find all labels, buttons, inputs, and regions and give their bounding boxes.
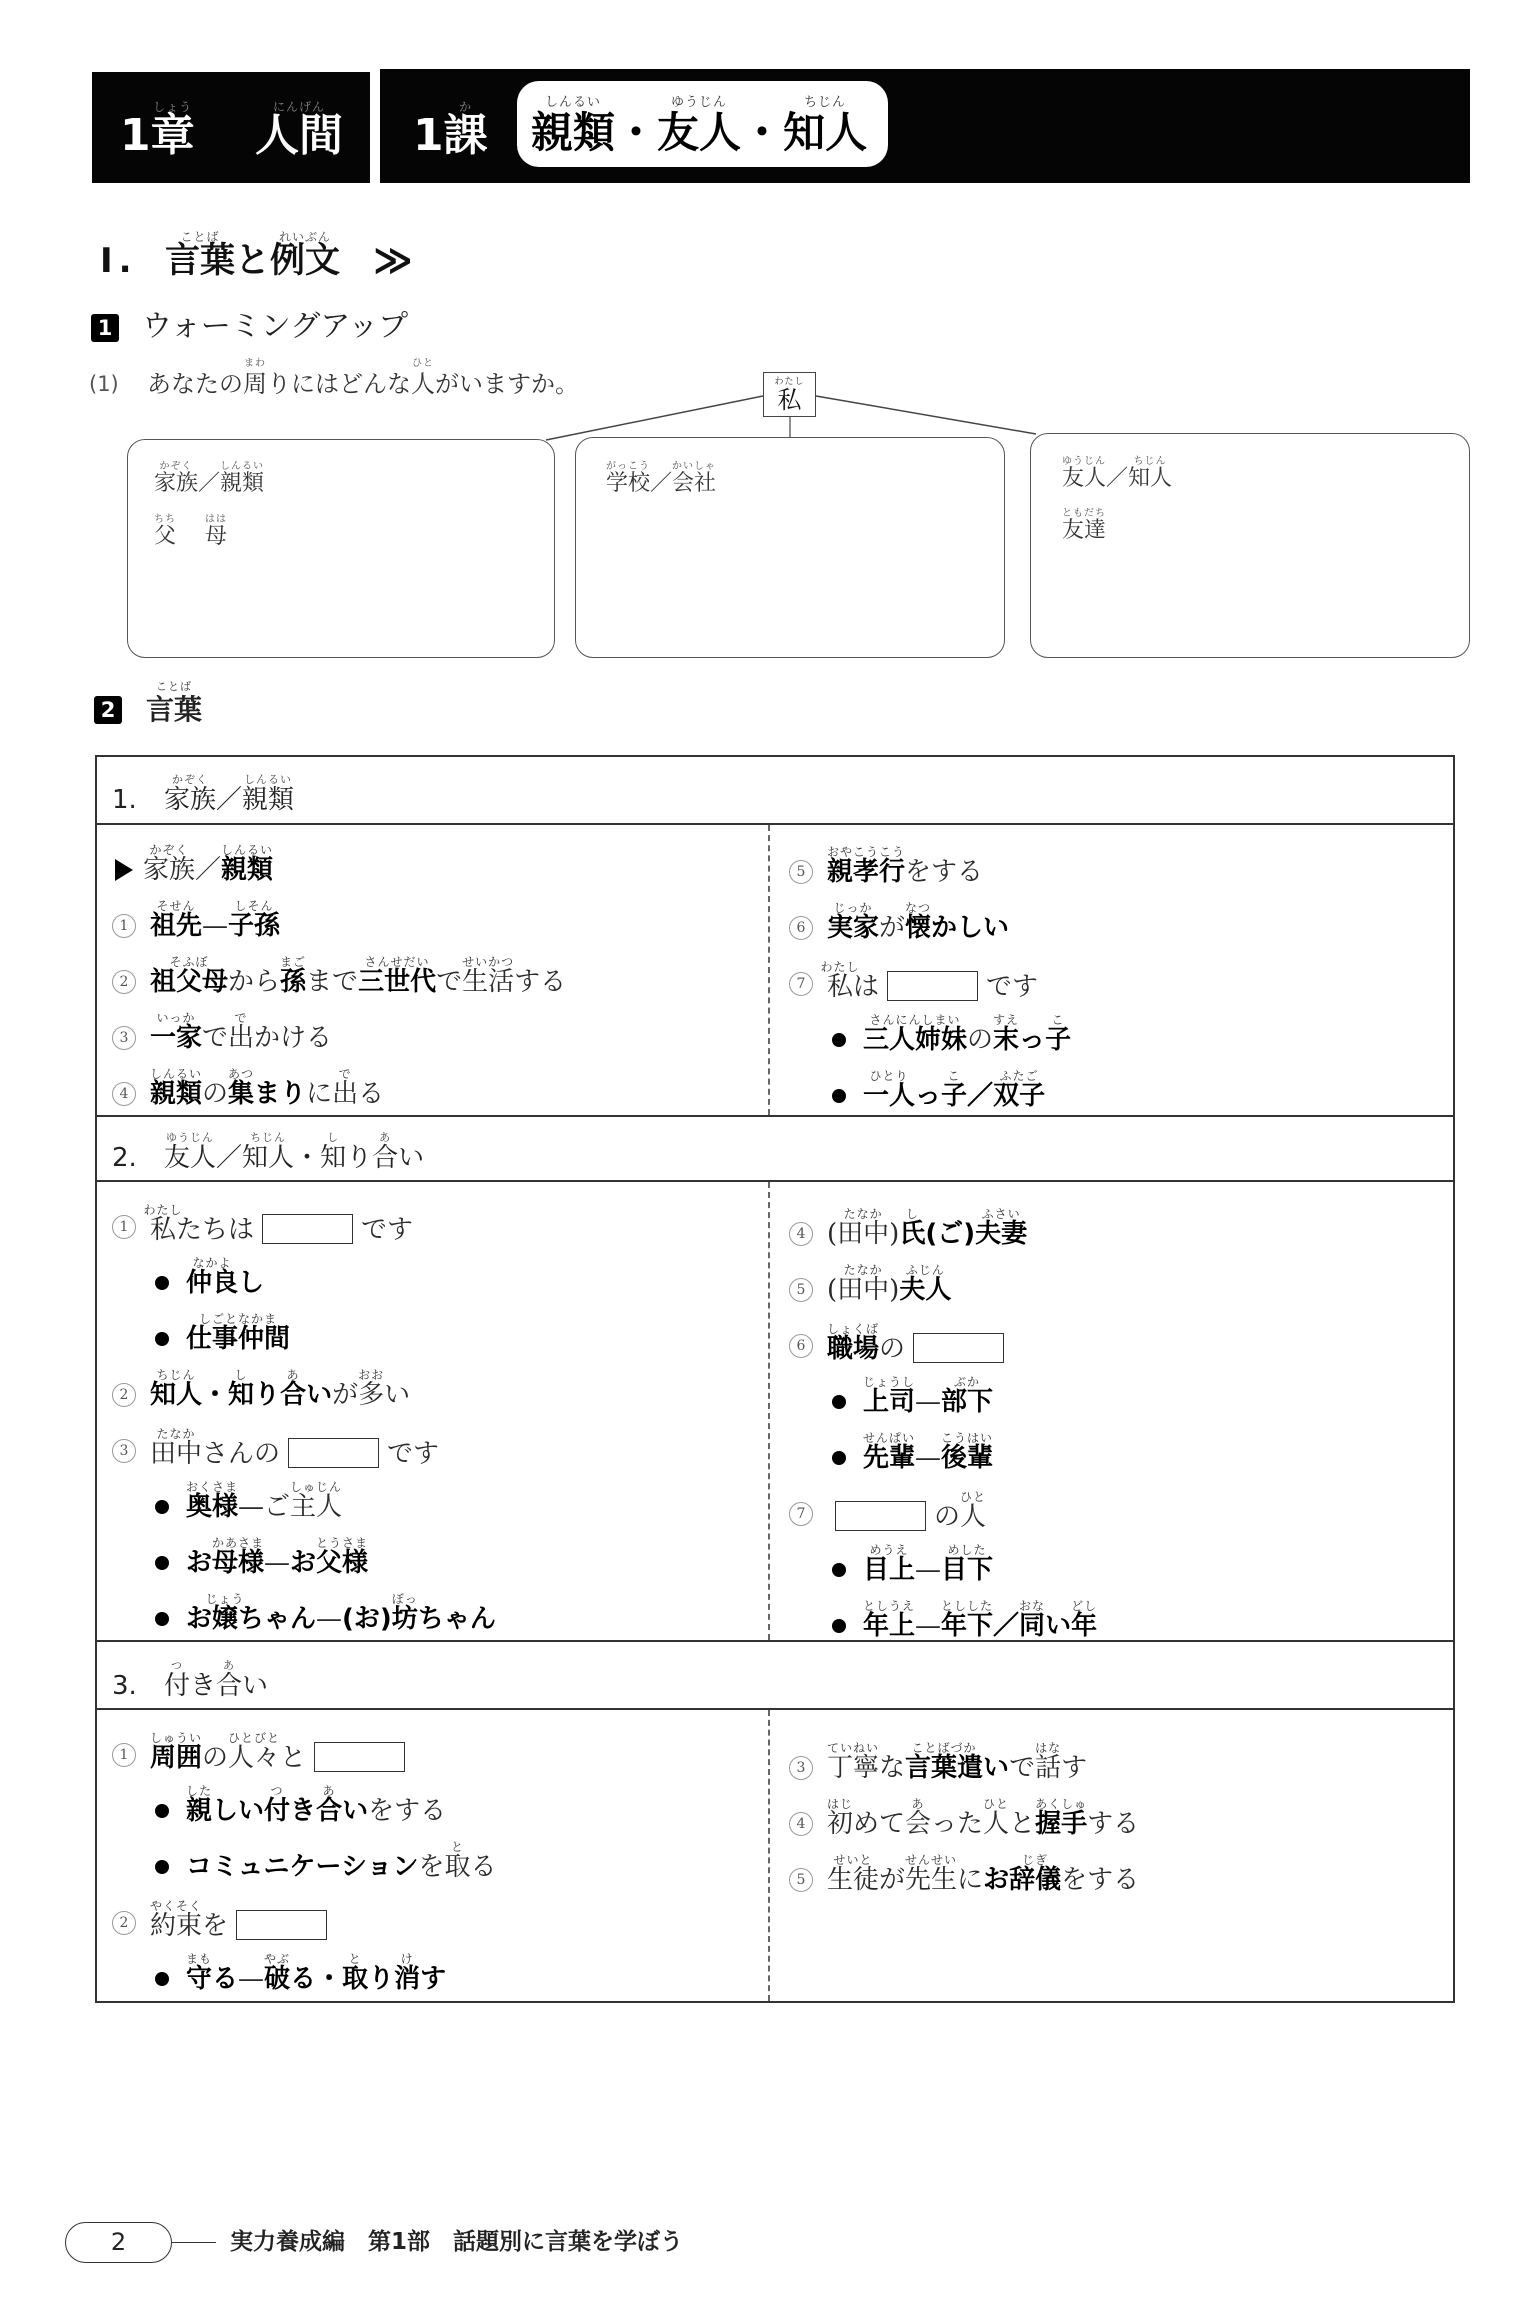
list-item: 5(たなか田中)ふじん夫人: [789, 1251, 1453, 1307]
list-item: コミュニケーションをと取る: [112, 1828, 768, 1884]
furigana: こ: [1052, 1014, 1065, 1026]
center-label: わたし私: [778, 386, 802, 414]
item-text: しょくば職場の: [827, 1333, 1012, 1363]
text-segment: り: [346, 1143, 372, 1173]
furigana: かあさま: [212, 1537, 264, 1549]
furigana: めした: [948, 1544, 987, 1556]
item-text: そせん祖先—しそん子孫: [150, 913, 280, 939]
ruby-word: めうえ目上: [863, 1557, 915, 1583]
item-text: じょうし上司—ぶか部下: [863, 1389, 993, 1415]
blank-box: [887, 971, 978, 1001]
diagram-box-line: ゆうじん友人／ちじん知人: [1062, 468, 1172, 490]
item-text: やくそく約束を: [150, 1910, 335, 1940]
furigana: け: [401, 1953, 414, 1965]
ruby-word: なつ懐: [905, 915, 931, 941]
list-item: じょうし上司—ぶか部下: [789, 1363, 1453, 1419]
furigana: ひとびと: [228, 1732, 280, 1744]
text-segment: をする: [905, 857, 983, 887]
list-item: 4しんるい親類のあつ集まりにで出る: [112, 1055, 768, 1111]
item-text: せいと生徒がせんせい先生におじぎ辞儀をする: [827, 1867, 1139, 1893]
ruby-word: ひとり一人: [863, 1083, 915, 1109]
item-text: コミュニケーションをと取る: [186, 1854, 497, 1880]
ruby-word: ともだち友達: [1062, 520, 1106, 542]
diagram-box-line: ちち父 はは母: [154, 526, 227, 548]
list-item: しごとなかま仕事仲間: [112, 1300, 768, 1356]
furigana: じょうし: [863, 1376, 915, 1388]
list-item: かぞく家族／しんるい親類: [112, 831, 768, 887]
ruby-word: はは母: [205, 526, 227, 548]
item-text: さんにんしまい三人姉妹のすえ末っこ子: [863, 1027, 1071, 1053]
text-segment: で: [202, 1023, 228, 1053]
category-number: 1.: [112, 787, 164, 823]
furigana: めうえ: [869, 1544, 908, 1556]
ruby-word: せんせい先生: [905, 1867, 957, 1893]
item-text: まも守る—やぶ破る・と取りけ消す: [186, 1966, 446, 1992]
item-text: のひと人: [827, 1501, 986, 1531]
text-segment: に: [957, 1865, 983, 1895]
text-segment: ／: [967, 1081, 993, 1111]
bullet-icon: [155, 1332, 169, 1346]
furigana: しんるい: [220, 462, 264, 472]
furigana: ちじん: [1134, 457, 1167, 467]
item-text: おかあさま母様—おとうさま父様: [186, 1550, 368, 1576]
ruby-word: ふさい夫妻: [975, 1221, 1027, 1247]
furigana: した: [186, 1785, 212, 1797]
ruby-word: せんぱい先輩: [863, 1445, 915, 1471]
furigana: こうはい: [941, 1432, 993, 1444]
text-segment: —: [915, 1555, 941, 1585]
list-item: さんにんしまい三人姉妹のすえ末っこ子: [789, 1001, 1453, 1057]
furigana: あつ: [228, 1068, 254, 1080]
furigana: としした: [941, 1600, 993, 1612]
ruby-word: ちじん知人: [150, 1382, 202, 1408]
text-segment: の: [967, 1025, 993, 1055]
text-segment: っ: [915, 1081, 941, 1111]
bullet-icon: [155, 1276, 169, 1290]
furigana: おやこうこう: [827, 846, 905, 858]
furigana: おな: [1019, 1600, 1045, 1612]
circled-number: 7: [789, 1502, 813, 1526]
ruby-word: と取: [444, 1854, 470, 1880]
item-text: めうえ目上—めした目下: [863, 1557, 993, 1583]
ruby-word: どし年: [1071, 1613, 1097, 1639]
item-text: いっか一家でで出かける: [150, 1025, 332, 1051]
furigana: しんるい: [244, 774, 292, 786]
text-segment: をする: [368, 1796, 446, 1826]
text-segment: —: [316, 1604, 342, 1634]
category-title: つ付きあ合い: [164, 1673, 268, 1708]
ruby-word: かぞく家族: [164, 787, 216, 813]
ruby-word: こうはい後輩: [941, 1445, 993, 1471]
furigana: ぶか: [954, 1376, 980, 1388]
list-item: 1しゅうい周囲のひとびと人々と: [112, 1716, 768, 1772]
category-header: 2. ゆうじん友人／ちじん知人・し知りあ合い: [97, 1117, 1453, 1182]
text-segment: ／: [195, 855, 221, 885]
circled-number: 2: [112, 1383, 136, 1407]
text-segment: を: [202, 1911, 228, 1941]
circled-number: 2: [112, 1911, 136, 1935]
furigana: し: [327, 1132, 339, 1144]
text-segment: ／: [993, 1611, 1019, 1641]
item-text: としうえ年上—としした年下／おな同いどし年: [863, 1613, 1097, 1639]
text-segment: い: [242, 1671, 268, 1701]
ruby-word: わたし私: [827, 974, 853, 1000]
item-text: しゅうい周囲のひとびと人々と: [150, 1742, 413, 1772]
text-segment: り: [368, 1964, 394, 1994]
furigana: がっこう: [606, 462, 650, 472]
ruby-word: まも守: [186, 1966, 212, 1992]
ruby-word: おお多: [358, 1382, 384, 1408]
furigana: わたし: [774, 378, 804, 387]
diagram-box-line: がっこう学校／かいしゃ会社: [606, 473, 716, 495]
list-item: 2やくそく約束を: [112, 1884, 768, 1940]
circled-number: 3: [112, 1026, 136, 1050]
bullet-icon: [832, 1563, 846, 1577]
furigana: おくさま: [186, 1481, 238, 1493]
category-row: 1わたし私たちはです なかよ仲良し しごとなかま仕事仲間 2ちじん知人・し知りあ…: [97, 1182, 1453, 1642]
text-segment: が: [879, 913, 905, 943]
diagram-box-line: かぞく家族／しんるい親類: [154, 473, 264, 495]
text-segment: り: [254, 1380, 280, 1410]
ruby-word: あ会: [905, 1811, 931, 1837]
list-item: としうえ年上—としした年下／おな同いどし年: [789, 1587, 1453, 1643]
category-number: 2.: [112, 1145, 164, 1180]
text-segment: で: [1009, 1753, 1035, 1783]
circled-number: 4: [789, 1222, 813, 1246]
furigana: としうえ: [863, 1600, 915, 1612]
ruby-word: ことばづか言葉遣: [905, 1755, 983, 1781]
bullet-icon: [155, 1804, 169, 1818]
text-segment: (お): [342, 1604, 392, 1634]
item-text: せんぱい先輩—こうはい後輩: [863, 1445, 993, 1471]
ruby-word: ぶか部下: [941, 1389, 993, 1415]
ruby-word: としうえ年上: [863, 1613, 915, 1639]
ruby-word: ちじん知人: [242, 1145, 294, 1171]
circled-number: 6: [789, 1334, 813, 1358]
list-item: 2そふぼ祖父母からまご孫までさんせだい三世代でせいかつ生活する: [112, 943, 768, 999]
ruby-word: ふたご双子: [993, 1083, 1045, 1109]
right-column: 4(たなか田中)し氏(ご)ふさい夫妻 5(たなか田中)ふじん夫人 6しょくば職場…: [768, 1182, 1453, 1640]
ruby-word: さんにんしまい三人姉妹: [863, 1027, 967, 1053]
text-segment: ／: [216, 1143, 242, 1173]
diagram-center-me: わたし私: [763, 372, 816, 417]
furigana: たなか: [156, 1428, 195, 1440]
text-segment: い: [306, 1380, 332, 1410]
text-segment: を: [418, 1852, 444, 1882]
bullet-icon: [832, 1451, 846, 1465]
item-text: ひとり一人っこ子／ふたご双子: [863, 1083, 1045, 1109]
text-segment: です: [387, 1439, 439, 1469]
furigana: あ: [912, 1798, 925, 1810]
ruby-word: で出: [332, 1081, 358, 1107]
list-item: 3いっか一家でで出かける: [112, 999, 768, 1055]
ruby-word: すえ末: [993, 1027, 1019, 1053]
furigana: ひと: [983, 1798, 1009, 1810]
furigana: かいしゃ: [672, 462, 716, 472]
furigana: で: [339, 1068, 352, 1080]
footer-rule: [172, 2242, 216, 2243]
text-segment: (ご): [925, 1219, 975, 1249]
list-item: 5せいと生徒がせんせい先生におじぎ辞儀をする: [789, 1841, 1453, 1897]
ruby-word: そふぼ祖父母: [150, 969, 228, 995]
ruby-word: あ合: [280, 1382, 306, 1408]
ruby-word: しんるい親類: [150, 1081, 202, 1107]
text-segment: ちゃん: [418, 1604, 496, 1634]
item-text: した親しいつ付きあ合いをする: [186, 1798, 446, 1824]
ruby-word: け消: [394, 1966, 420, 1992]
ruby-word: し氏: [899, 1221, 925, 1247]
furigana: ちち: [154, 515, 176, 525]
ruby-word: と取: [342, 1966, 368, 1992]
ruby-word: じょう嬢: [212, 1606, 238, 1632]
furigana: ひとり: [869, 1070, 908, 1082]
text-segment: しい: [212, 1796, 264, 1826]
circled-number: 1: [112, 914, 136, 938]
ruby-word: とうさま父様: [316, 1550, 368, 1576]
furigana: そふぼ: [169, 956, 208, 968]
left-column: 1しゅうい周囲のひとびと人々と した親しいつ付きあ合いをする コミュニケーション…: [97, 1710, 768, 2001]
blank-box: [262, 1214, 353, 1244]
text-segment: たちは: [176, 1215, 254, 1245]
text-segment: する: [514, 967, 566, 997]
text-segment: し: [238, 1268, 264, 1298]
text-segment: る: [290, 1964, 316, 1994]
ruby-word: なかよ仲良: [186, 1270, 238, 1296]
furigana: で: [235, 1012, 248, 1024]
furigana: せいと: [833, 1854, 872, 1866]
furigana: すえ: [993, 1014, 1019, 1026]
item-text: おやこうこう親孝行をする: [827, 859, 983, 885]
furigana: ひと: [960, 1491, 986, 1503]
list-item: 1わたし私たちはです: [112, 1188, 768, 1244]
text-segment: ちゃん: [238, 1604, 316, 1634]
text-segment: —: [238, 1492, 264, 1522]
furigana: まも: [186, 1953, 212, 1965]
furigana: し: [906, 1208, 919, 1220]
list-item: 4(たなか田中)し氏(ご)ふさい夫妻: [789, 1195, 1453, 1251]
text-segment: をする: [1061, 1865, 1139, 1895]
text-segment: —: [238, 1964, 264, 1994]
text-segment: に: [306, 1079, 332, 1109]
bullet-icon: [832, 1089, 846, 1103]
furigana: とうさま: [316, 1537, 368, 1549]
text-segment: ／: [1106, 466, 1128, 491]
ruby-word: やくそく約束: [150, 1913, 202, 1939]
text-segment: —: [915, 1443, 941, 1473]
furigana: たなか: [844, 1264, 883, 1276]
ruby-word: ていねい丁寧: [827, 1755, 879, 1781]
bullet-icon: [155, 1500, 169, 1514]
text-segment: ご: [264, 1492, 290, 1522]
vocab-title: ことば言葉: [146, 694, 202, 726]
furigana: せんぱい: [863, 1432, 915, 1444]
arrow-right-icon: [115, 859, 133, 881]
list-item: おじょう嬢ちゃん—(お)ぼっ坊ちゃん: [112, 1580, 768, 1636]
list-item: せんぱい先輩—こうはい後輩: [789, 1419, 1453, 1475]
ruby-word: がっこう学校: [606, 473, 650, 495]
category-header: 1. かぞく家族／しんるい親類: [97, 757, 1453, 825]
furigana: あ: [379, 1132, 391, 1144]
text-segment: コミュニケーション: [186, 1852, 418, 1882]
blank-box: [913, 1333, 1004, 1363]
ruby-word: かぞく家族: [154, 473, 198, 495]
furigana: いっか: [156, 1012, 195, 1024]
ruby-word: しごとなかま仕事仲間: [186, 1326, 290, 1352]
item-text: わたし私はです: [827, 971, 1038, 1001]
bullet-icon: [155, 1860, 169, 1874]
furigana: せいかつ: [462, 956, 514, 968]
ruby-word: はじ初: [827, 1811, 853, 1837]
furigana: なつ: [905, 902, 931, 914]
text-segment: —: [264, 1548, 290, 1578]
ruby-word: わたし私: [150, 1217, 176, 1243]
ruby-word: かぞく家族: [143, 857, 195, 883]
circled-number: 5: [789, 1278, 813, 1302]
ruby-word: ひと人: [983, 1811, 1009, 1837]
ruby-word: し知: [228, 1382, 254, 1408]
text-segment: (: [827, 1275, 837, 1305]
right-column: 3ていねい丁寧なことばづか言葉遣いではな話す 4はじ初めてあ会ったひと人とあくし…: [768, 1710, 1453, 2001]
furigana: ふさい: [982, 1208, 1021, 1220]
item-text: たなか田中さんのです: [150, 1438, 439, 1468]
category-row: かぞく家族／しんるい親類 1そせん祖先—しそん子孫 2そふぼ祖父母からまご孫まで…: [97, 825, 1453, 1117]
text-segment: です: [986, 972, 1038, 1002]
circled-number: 4: [112, 1082, 136, 1106]
text-segment: お: [186, 1604, 212, 1634]
text-segment: な: [879, 1753, 905, 1783]
list-item: まも守る—やぶ破る・と取りけ消す: [112, 1940, 768, 1996]
ruby-word: おな同: [1019, 1613, 1045, 1639]
list-item: 7わたし私はです: [789, 945, 1453, 1001]
circled-number: 2: [112, 970, 136, 994]
ruby-word: しゅじん主人: [290, 1494, 342, 1520]
furigana: ゆうじん: [1062, 457, 1106, 467]
ruby-word: した親: [186, 1798, 212, 1824]
ruby-word: こ子: [1045, 1027, 1071, 1053]
text-segment: す: [420, 1964, 446, 1994]
list-item: ひとり一人っこ子／ふたご双子: [789, 1057, 1453, 1113]
ruby-word: めした目下: [941, 1557, 993, 1583]
circled-number: 3: [789, 1756, 813, 1780]
text-segment: の: [879, 1334, 905, 1364]
blank-box: [288, 1438, 379, 1468]
text-segment: お: [290, 1548, 316, 1578]
furigana: じっか: [833, 902, 872, 914]
furigana: なかよ: [192, 1257, 231, 1269]
furigana: わたし: [820, 961, 859, 973]
text-segment: った: [931, 1809, 983, 1839]
item-text: かぞく家族／しんるい親類: [143, 857, 273, 883]
text-segment: かしい: [931, 913, 1009, 943]
text-segment: です: [361, 1215, 413, 1245]
ruby-word: あ合: [216, 1673, 242, 1699]
text-segment: い: [342, 1796, 368, 1826]
ruby-word: たなか田中: [837, 1277, 889, 1303]
text-segment: ・: [294, 1143, 320, 1173]
text-segment: まで: [306, 967, 358, 997]
ruby-word: ふじん夫人: [899, 1277, 951, 1303]
text-segment: (: [827, 1219, 837, 1249]
ruby-word: せいかつ生活: [462, 969, 514, 995]
furigana: あ: [323, 1785, 336, 1797]
bullet-icon: [832, 1395, 846, 1409]
text-segment: い: [1045, 1611, 1071, 1641]
furigana: こ: [948, 1070, 961, 1082]
furigana: どし: [1071, 1600, 1097, 1612]
ruby-word: あ合: [372, 1145, 398, 1171]
furigana: つ: [171, 1660, 183, 1672]
furigana: しゅじん: [290, 1481, 342, 1493]
vocab-table: 1. かぞく家族／しんるい親類 かぞく家族／しんるい親類 1そせん祖先—しそん子…: [95, 755, 1455, 2003]
category-row: 1しゅうい周囲のひとびと人々と した親しいつ付きあ合いをする コミュニケーション…: [97, 1710, 1453, 2001]
text-segment: まり: [254, 1079, 306, 1109]
text-segment: い: [384, 1380, 410, 1410]
text-segment: —: [202, 911, 228, 941]
furigana: しんるい: [150, 1068, 202, 1080]
text-segment: お: [186, 1548, 212, 1578]
text-segment: ／: [198, 471, 220, 496]
list-item: めうえ目上—めした目下: [789, 1531, 1453, 1587]
ruby-word: そせん祖先: [150, 913, 202, 939]
furigana: はは: [205, 515, 227, 525]
text-segment: き: [290, 1796, 316, 1826]
text-segment: る: [358, 1079, 384, 1109]
ruby-word: しゅうい周囲: [150, 1745, 202, 1771]
ruby-word: じぎ辞儀: [1009, 1867, 1061, 1893]
furigana: そせん: [156, 900, 195, 912]
text-segment: は: [853, 972, 879, 1002]
list-item: 3ていねい丁寧なことばづか言葉遣いではな話す: [789, 1729, 1453, 1785]
ruby-word: あくしゅ握手: [1035, 1811, 1087, 1837]
category-number: 3.: [112, 1673, 164, 1708]
furigana: まご: [280, 956, 306, 968]
item-text: なかよ仲良し: [186, 1270, 264, 1296]
ruby-word: しょくば職場: [827, 1336, 879, 1362]
furigana: かぞく: [149, 844, 188, 856]
item-text: (たなか田中)し氏(ご)ふさい夫妻: [827, 1221, 1027, 1247]
ruby-word: いっか一家: [150, 1025, 202, 1051]
furigana: かぞく: [172, 774, 208, 786]
item-text: しごとなかま仕事仲間: [186, 1326, 290, 1352]
ruby-word: やぶ破: [264, 1966, 290, 1992]
ruby-word: じっか実家: [827, 915, 879, 941]
furigana: あ: [287, 1369, 300, 1381]
ruby-word: わたし私: [778, 388, 802, 412]
text-segment: かける: [254, 1023, 332, 1053]
page-number: 2: [65, 2222, 172, 2263]
ruby-word: ひとびと人々: [228, 1745, 280, 1771]
text-segment: と: [1009, 1809, 1035, 1839]
furigana: しゅうい: [150, 1732, 202, 1744]
list-item: 6じっか実家がなつ懐かしい: [789, 889, 1453, 945]
ruby-word: つ付: [164, 1673, 190, 1699]
list-item: 7のひと人: [789, 1475, 1453, 1531]
blank-box: [314, 1742, 405, 1772]
item-text: そふぼ祖父母からまご孫までさんせだい三世代でせいかつ生活する: [150, 969, 566, 995]
text-segment: き: [190, 1671, 216, 1701]
list-item: 2ちじん知人・し知りあ合いがおお多い: [112, 1356, 768, 1412]
text-segment: が: [332, 1380, 358, 1410]
ruby-word: ゆうじん友人: [164, 1145, 216, 1171]
furigana: おお: [358, 1369, 384, 1381]
furigana: ことば: [156, 681, 192, 693]
item-text: じっか実家がなつ懐かしい: [827, 915, 1009, 941]
text-segment: で: [436, 967, 462, 997]
list-item: 1そせん祖先—しそん子孫: [112, 887, 768, 943]
furigana: さんせだい: [365, 956, 430, 968]
ruby-word: こ子: [941, 1083, 967, 1109]
bullet-icon: [155, 1556, 169, 1570]
